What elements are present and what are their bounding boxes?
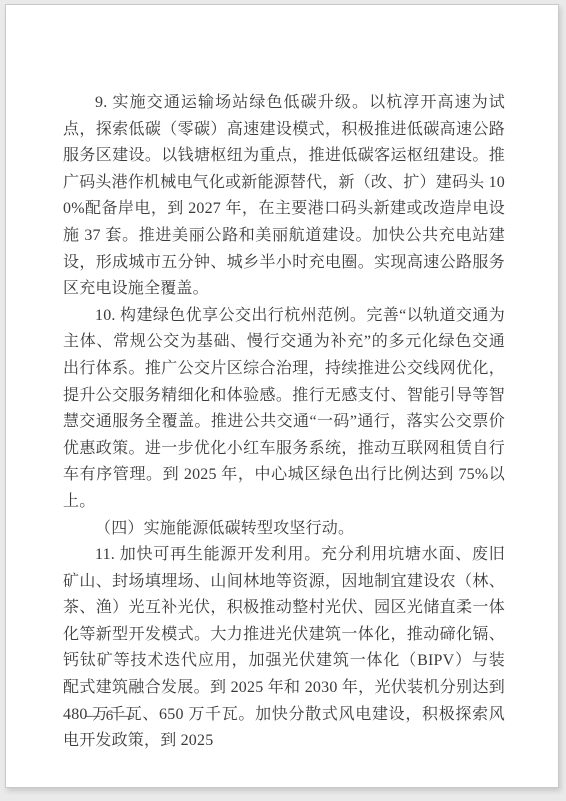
page-number: — 6 — [85, 706, 135, 726]
document-body: 9. 实施交通运输场站绿色低碳升级。以杭淳开高速为试点，探索低碳（零碳）高速建设… [6, 5, 558, 755]
document-viewport: 9. 实施交通运输场站绿色低碳升级。以杭淳开高速为试点，探索低碳（零碳）高速建设… [0, 0, 566, 801]
document-page: 9. 实施交通运输场站绿色低碳升级。以杭淳开高速为试点，探索低碳（零碳）高速建设… [5, 4, 559, 788]
paragraph-item-10: 10. 构建绿色优享公交出行杭州范例。完善“以轨道交通为主体、常规公交为基础、慢… [63, 303, 505, 516]
paragraph-item-9: 9. 实施交通运输场站绿色低碳升级。以杭淳开高速为试点，探索低碳（零碳）高速建设… [63, 90, 505, 303]
section-heading-4: （四）实施能源低碳转型攻坚行动。 [63, 516, 505, 543]
